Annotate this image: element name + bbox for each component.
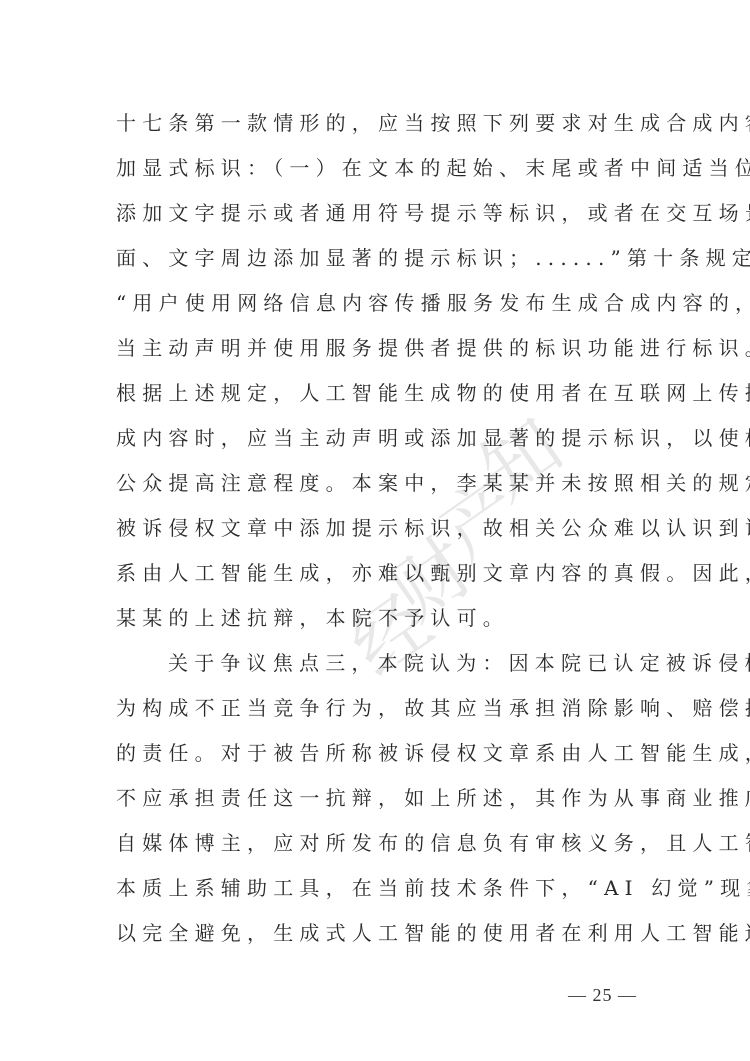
text-line: 十七条第一款情形的，应当按照下列要求对生成合成内容添 <box>116 104 646 149</box>
text-line: 不应承担责任这一抗辩，如上所述，其作为从事商业推广的 <box>116 779 646 824</box>
text-line: 的责任。对于被告所称被诉侵权文章系由人工智能生成，其 <box>116 734 646 779</box>
page-number: — 25 — <box>568 985 637 1006</box>
body-text: 十七条第一款情形的，应当按照下列要求对生成合成内容添 加显式标识：（一）在文本的… <box>116 104 646 959</box>
text-line: 当主动声明并使用服务提供者提供的标识功能进行标识。” <box>116 329 646 374</box>
paragraph-start-line: 关于争议焦点三，本院认为：因本院已认定被诉侵权行 <box>116 644 646 689</box>
text-line: 系由人工智能生成，亦难以甄别文章内容的真假。因此，李 <box>116 554 646 599</box>
text-line: 成内容时，应当主动声明或添加显著的提示标识，以使相关 <box>116 419 646 464</box>
text-line: “用户使用网络信息内容传播服务发布生成合成内容的，应 <box>116 284 646 329</box>
text-line: 本质上系辅助工具，在当前技术条件下，“AI 幻觉”现象难 <box>116 869 646 914</box>
text-line: 自媒体博主，应对所发布的信息负有审核义务，且人工智能 <box>116 824 646 869</box>
text-line: 以完全避免，生成式人工智能的使用者在利用人工智能进行 <box>116 914 646 959</box>
text-line: 公众提高注意程度。本案中，李某某并未按照相关的规定在 <box>116 464 646 509</box>
text-line: 为构成不正当竞争行为，故其应当承担消除影响、赔偿损失 <box>116 689 646 734</box>
text-line: 根据上述规定，人工智能生成物的使用者在互联网上传播生 <box>116 374 646 419</box>
text-line: 面、文字周边添加显著的提示标识；......”第十条规定： <box>116 239 646 284</box>
text-line: 添加文字提示或者通用符号提示等标识，或者在交互场景界 <box>116 194 646 239</box>
document-page: 知 产 财 经 十七条第一款情形的，应当按照下列要求对生成合成内容添 加显式标识… <box>0 0 750 1061</box>
text-line: 加显式标识：（一）在文本的起始、末尾或者中间适当位置 <box>116 149 646 194</box>
text-line: 被诉侵权文章中添加提示标识，故相关公众难以认识到该文 <box>116 509 646 554</box>
text-line: 某某的上述抗辩，本院不予认可。 <box>116 599 646 644</box>
